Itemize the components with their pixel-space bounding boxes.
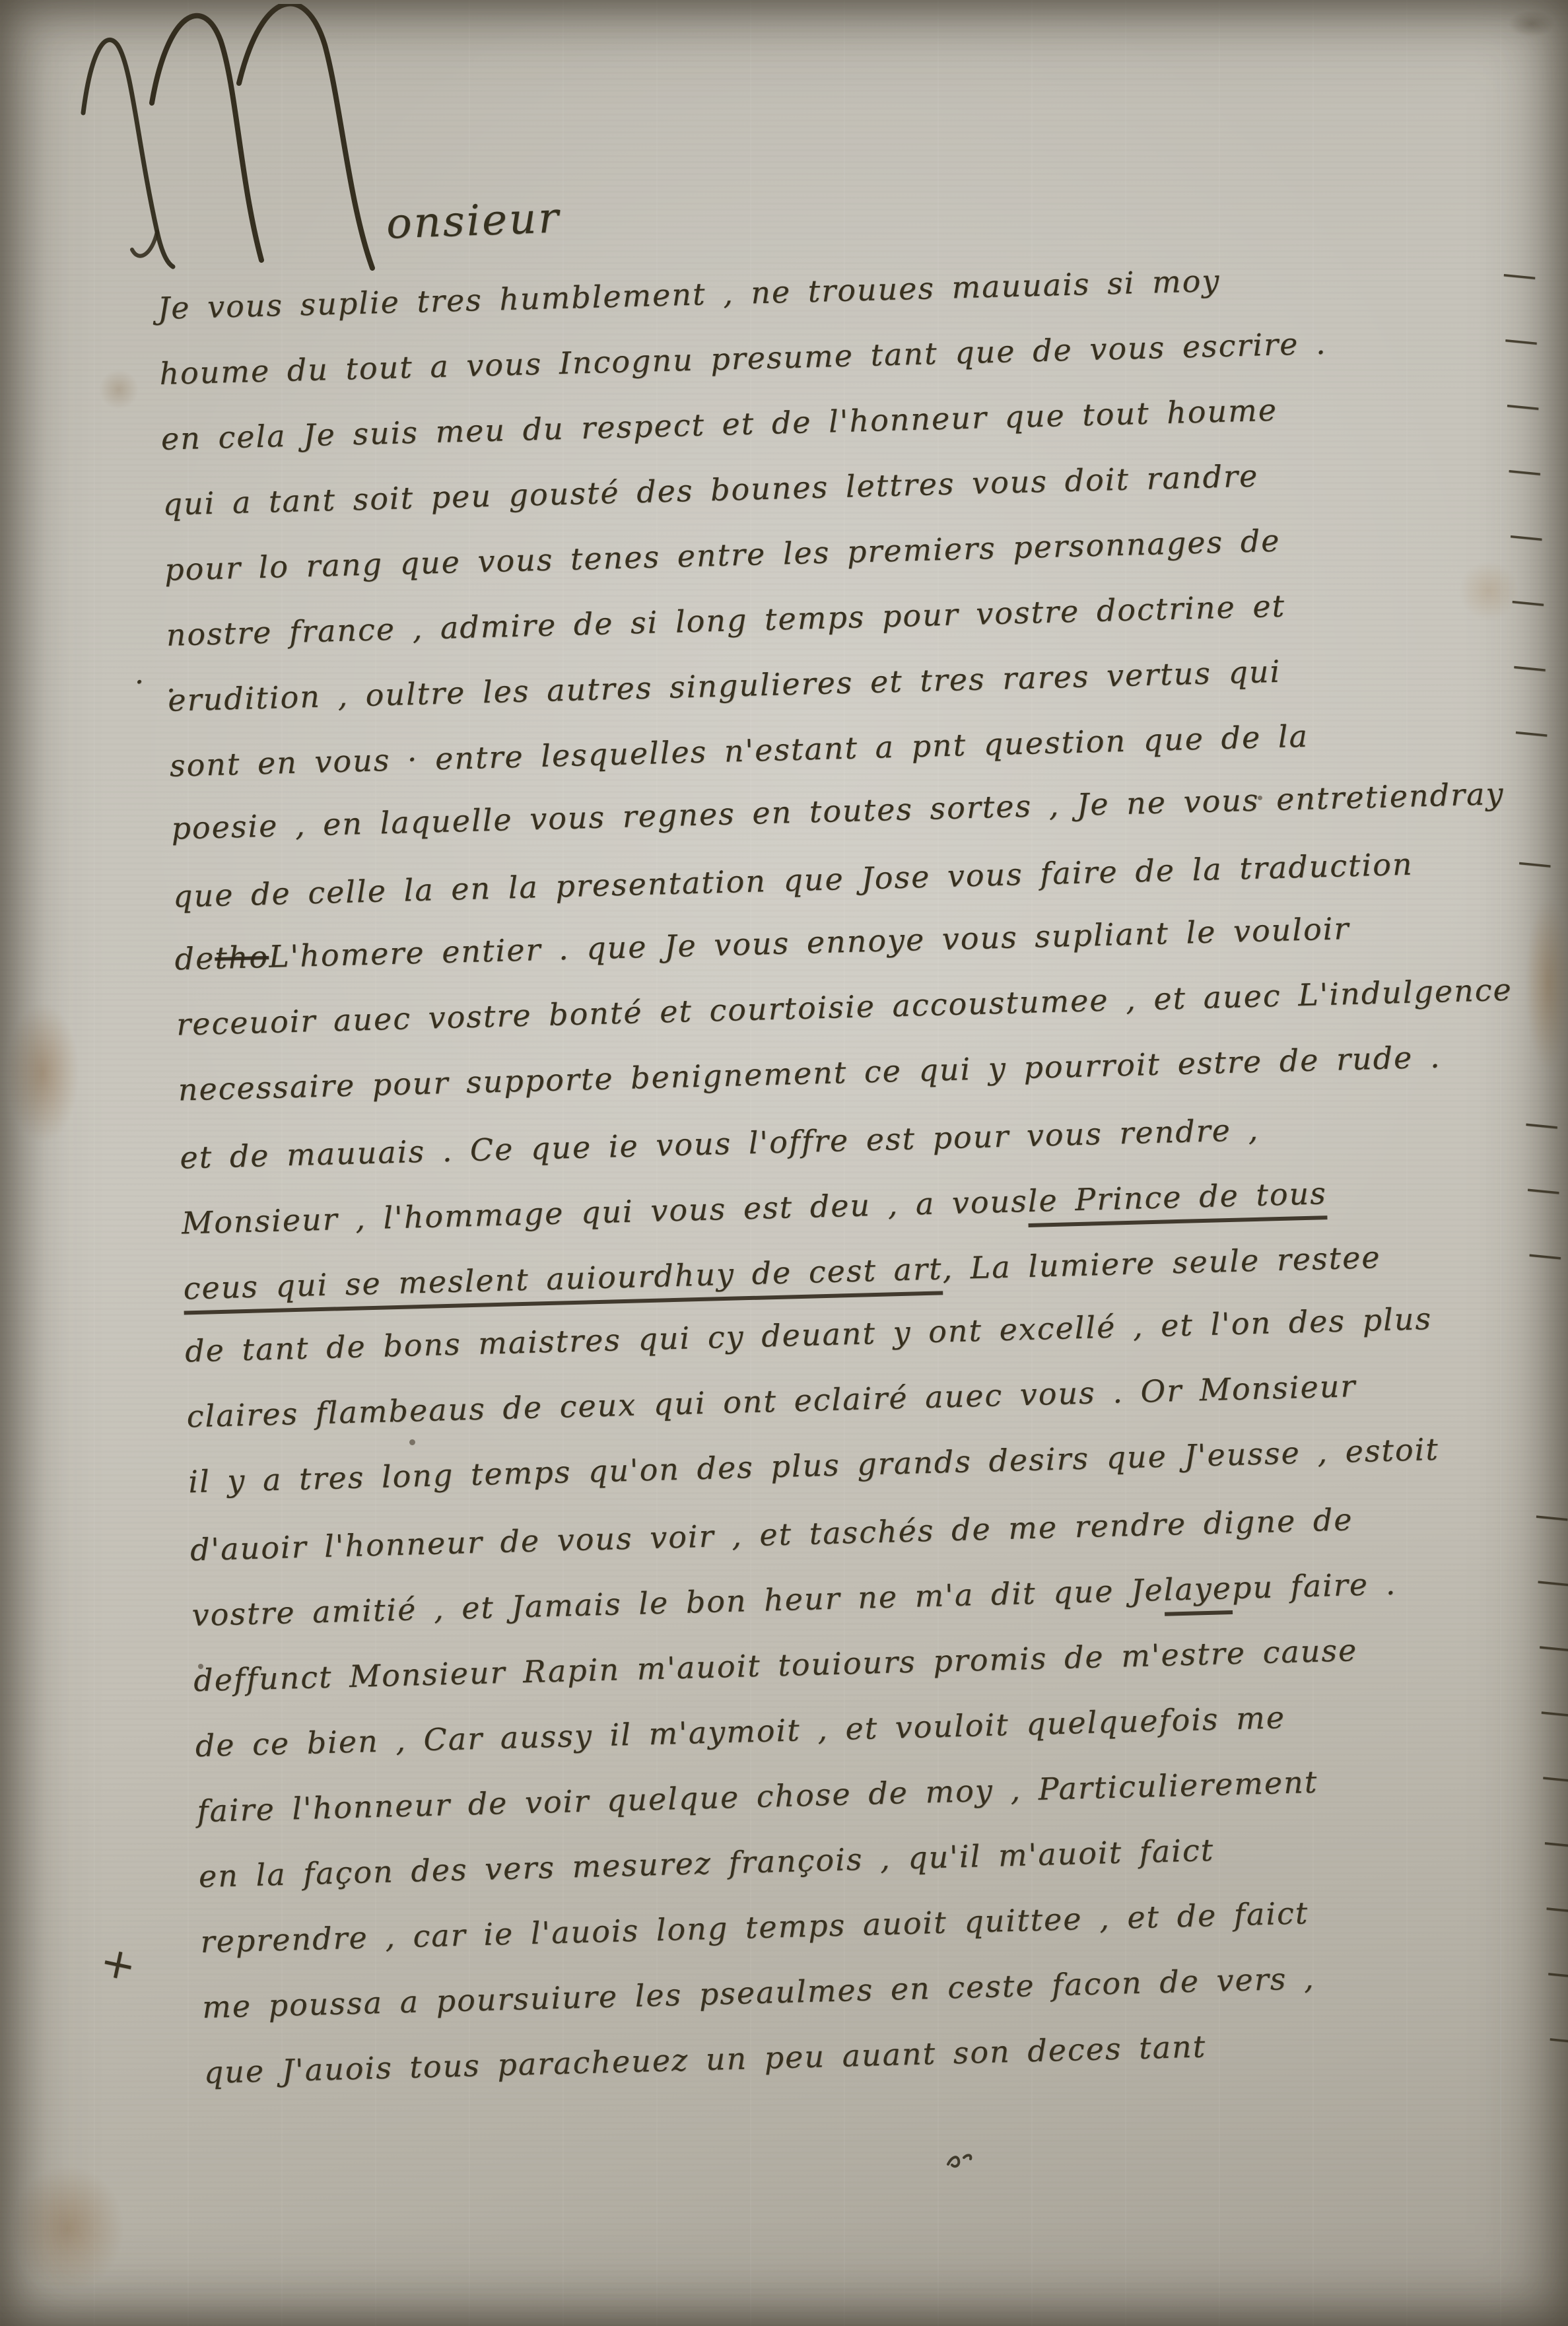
line-end-dash: — bbox=[1509, 580, 1549, 623]
manuscript-page: onsieur Je vous suplie tres humblement ,… bbox=[0, 0, 1568, 2326]
line-end-dash: — bbox=[1501, 253, 1540, 296]
corner-smudge bbox=[1509, 11, 1555, 37]
line-end-dash: — bbox=[1536, 1625, 1568, 1668]
letter-body: Je vous suplie tres humblement , ne trou… bbox=[157, 252, 1568, 2117]
line-text: , La lumiere seule restee bbox=[942, 1239, 1382, 1286]
line-text: de bbox=[174, 940, 215, 977]
line-end-dash: — bbox=[1545, 1952, 1568, 1995]
margin-cross-mark: + bbox=[96, 1936, 141, 1992]
ink-mark-icon bbox=[943, 2147, 982, 2173]
paper-stain bbox=[12, 2166, 124, 2291]
line-end-dash: — bbox=[1503, 318, 1542, 361]
underlined-text: laye bbox=[1163, 1570, 1233, 1616]
line-end-dash: — bbox=[1524, 1168, 1564, 1211]
underlined-text: le Prince de tous bbox=[1027, 1175, 1328, 1227]
line-end-dash: — bbox=[1544, 1887, 1568, 1930]
salutation-rest: onsieur bbox=[386, 193, 561, 248]
line-end-dash: — bbox=[1523, 1103, 1563, 1146]
paper-stain bbox=[7, 1004, 79, 1142]
initial-m-flourish-icon bbox=[74, 4, 378, 275]
line-end-dash: — bbox=[1538, 1691, 1568, 1734]
line-end-dash: — bbox=[1506, 449, 1546, 492]
line-end-dash: — bbox=[1533, 1495, 1568, 1538]
line-end-dash: — bbox=[1526, 1233, 1566, 1276]
line-end-dash: — bbox=[1535, 1560, 1568, 1603]
line-end-dash: — bbox=[1504, 384, 1544, 427]
line-end-dash: — bbox=[1540, 1756, 1568, 1799]
line-end-dash: — bbox=[1511, 645, 1550, 688]
salutation: onsieur bbox=[386, 193, 561, 248]
line-end-dash: — bbox=[1516, 841, 1555, 884]
margin-dot-mark: · . bbox=[135, 666, 182, 699]
line-end-dash: — bbox=[1507, 514, 1547, 557]
line-end-dash: — bbox=[1513, 710, 1552, 753]
paper-stain bbox=[99, 370, 139, 409]
line-text: pu faire . bbox=[1231, 1566, 1397, 1606]
struck-word: tho bbox=[215, 939, 269, 976]
line-end-dash: — bbox=[1542, 1822, 1568, 1864]
line-end-dash: — bbox=[1547, 2018, 1568, 2061]
